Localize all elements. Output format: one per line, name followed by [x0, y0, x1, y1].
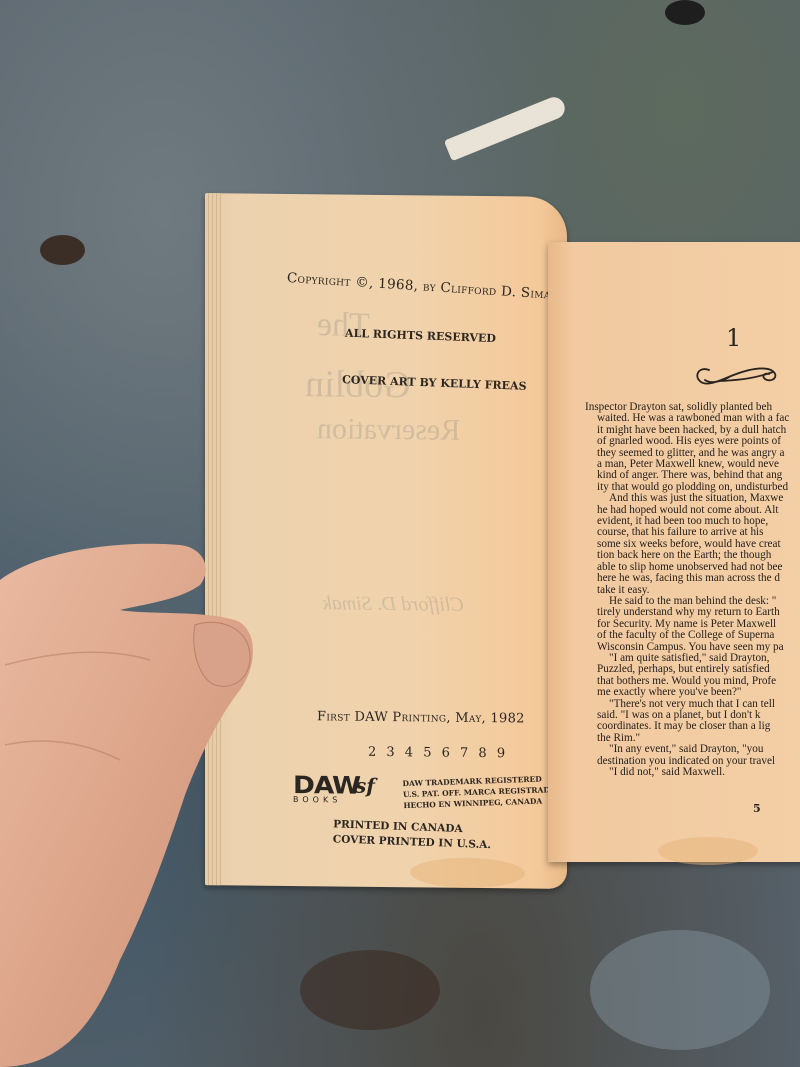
page-stain: [410, 857, 525, 888]
trademark-notice: DAW TRADEMARK REGISTERED U.S. PAT. OFF. …: [402, 773, 559, 811]
bookmark-ribbon: [444, 94, 568, 161]
hand: [0, 540, 270, 1067]
text-line: "I did not," said Maxwell.: [585, 767, 800, 778]
show-through-title-3: Reservation: [317, 412, 460, 448]
concrete-stain: [665, 0, 705, 25]
chapter-body-text: Inspector Drayton sat, solidly planted b…: [585, 402, 800, 778]
text-line: here he was, facing this man across the …: [585, 573, 800, 584]
sf-mark-icon: sf: [355, 774, 375, 798]
text-line: tion back here on the Earth; the though: [585, 550, 800, 561]
show-through-author: Clifford D. Simak: [323, 592, 464, 616]
chapter-number: 1: [726, 324, 741, 352]
daw-books-logo: DAW BOOKS sf: [293, 774, 365, 805]
text-line: me exactly where you've been?": [585, 687, 800, 698]
page-stain: [658, 837, 758, 865]
right-page: 1 Inspector Drayton sat, solidly planted…: [548, 242, 800, 862]
text-line: of the faculty of the College of Superna: [585, 630, 800, 641]
page-number: 5: [753, 802, 761, 815]
first-printing: First DAW Printing, May, 1982: [317, 709, 525, 726]
text-line: And this was just the situation, Maxwe: [585, 493, 800, 504]
concrete-stain: [300, 950, 440, 1030]
text-line: of gnarled wood. His eyes were points of: [585, 436, 800, 447]
printed-in: PRINTED IN CANADA COVER PRINTED IN U.S.A…: [333, 817, 492, 853]
flourish-ornament-icon: [691, 362, 781, 388]
concrete-stain: [590, 930, 770, 1050]
copyright-notice: Copyright ©, 1968, by Clifford D. Simak: [287, 270, 558, 303]
concrete-stain: [40, 235, 85, 265]
text-line: tirely understand why my return to Earth: [585, 607, 800, 618]
print-line: 2 3 4 5 6 7 8 9: [368, 745, 508, 761]
text-line: "In any event," said Drayton, "you: [585, 744, 800, 755]
